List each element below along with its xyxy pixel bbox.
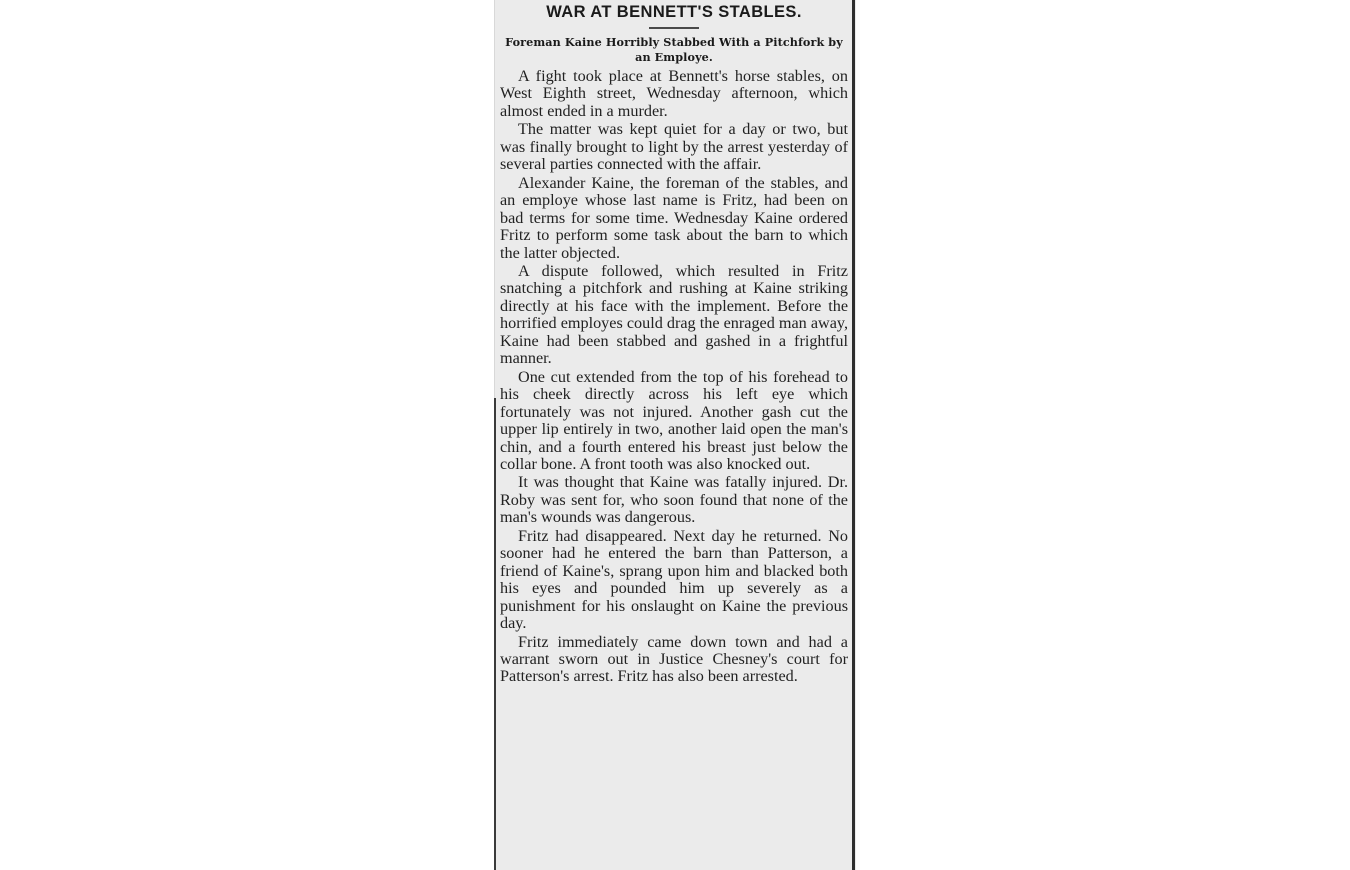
paragraph-5: One cut extended from the top of his for… xyxy=(500,369,848,474)
paragraph-8: Fritz immediately came down town and had… xyxy=(500,634,848,686)
article-subheadline: Foreman Kaine Horribly Stabbed With a Pi… xyxy=(500,35,848,65)
paragraph-2: The matter was kept quiet for a day or t… xyxy=(500,121,848,173)
paragraph-4: A dispute followed, which resulted in Fr… xyxy=(500,263,848,368)
article-body: A fight took place at Bennett's horse st… xyxy=(500,68,848,686)
article: WAR AT BENNETT'S STABLES. Foreman Kaine … xyxy=(500,0,848,686)
paragraph-7: Fritz had disappeared. Next day he retur… xyxy=(500,528,848,633)
article-headline: WAR AT BENNETT'S STABLES. xyxy=(500,2,848,22)
page: WAR AT BENNETT'S STABLES. Foreman Kaine … xyxy=(0,0,1350,870)
column-border-left-faint xyxy=(494,0,495,398)
column-border-left xyxy=(494,398,496,870)
paragraph-6: It was thought that Kaine was fatally in… xyxy=(500,474,848,526)
paragraph-1: A fight took place at Bennett's horse st… xyxy=(500,68,848,120)
column-border-right xyxy=(852,0,855,870)
headline-rule xyxy=(649,27,699,29)
paragraph-3: Alexander Kaine, the foreman of the stab… xyxy=(500,175,848,262)
